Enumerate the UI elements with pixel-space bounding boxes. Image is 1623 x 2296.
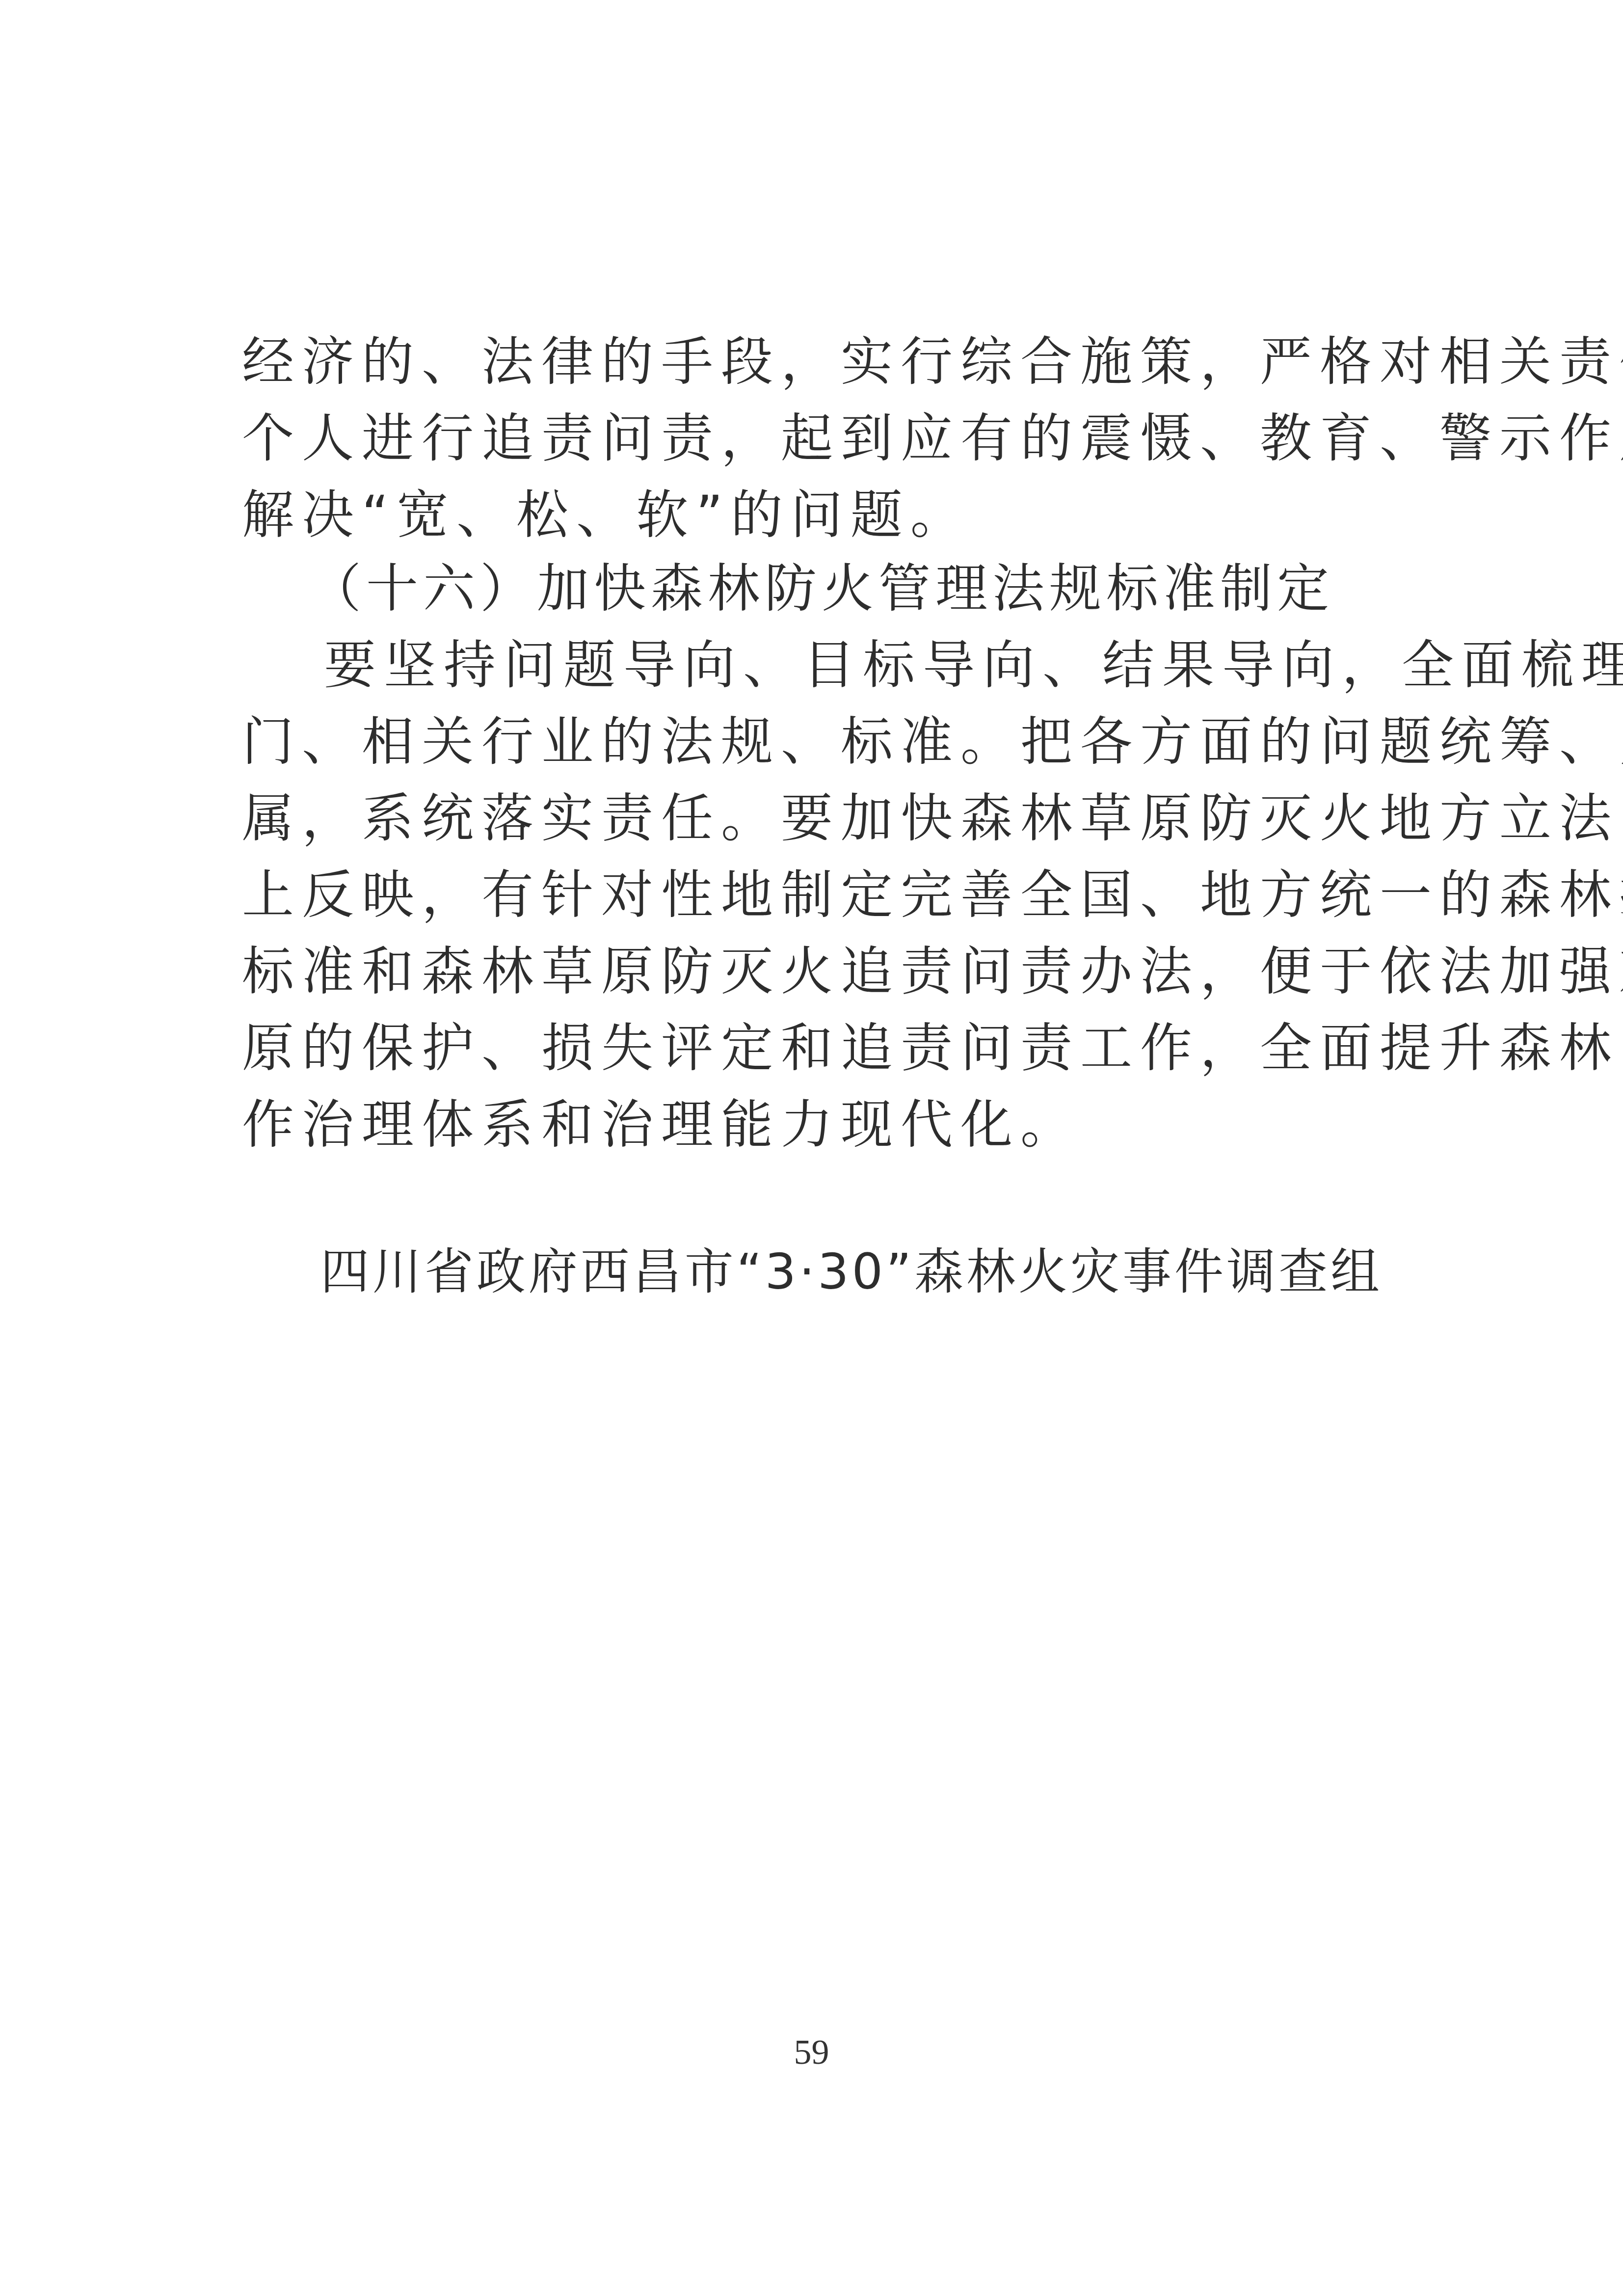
paragraph-line: 经济的、法律的手段，实行综合施策，严格对相关责任单位和	[242, 330, 1385, 394]
paragraph-line: 上反映，有针对性地制定完善全国、地方统一的森林损失评估	[242, 863, 1385, 927]
paragraph-line: 门、相关行业的法规、标准。把各方面的问题统筹、归类、归	[242, 710, 1385, 774]
paragraph-line: 个人进行追责问责，起到应有的震慑、教育、警示作用，切实	[242, 406, 1385, 470]
page-number: 59	[0, 2030, 1623, 2074]
paragraph-line: 解决“宽、松、软”的问题。	[242, 483, 1385, 547]
signature: 四川省政府西昌市“3·30”森林火灾事件调查组	[320, 1240, 1383, 1304]
paragraph-line: 原的保护、损失评定和追责问责工作，全面提升森林防灭火工	[242, 1016, 1385, 1080]
section-heading: （十六）加快森林防火管理法规标准制定	[309, 557, 1453, 621]
paragraph-line: 作治理体系和治理能力现代化。	[242, 1093, 1385, 1157]
paragraph-line: 标准和森林草原防灭火追责问责办法，便于依法加强对森林草	[242, 940, 1385, 1003]
paragraph-line: 要坚持问题导向、目标导向、结果导向，全面梳理相关部	[324, 633, 1467, 697]
paragraph-line: 属，系统落实责任。要加快森林草原防灭火地方立法，积极向	[242, 786, 1385, 850]
document-page: 经济的、法律的手段，实行综合施策，严格对相关责任单位和 个人进行追责问责，起到应…	[0, 0, 1623, 2296]
